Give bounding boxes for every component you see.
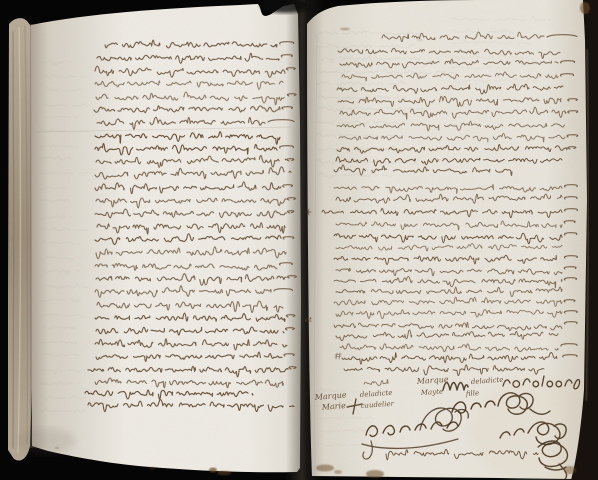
stain (564, 466, 576, 474)
stain (55, 447, 59, 449)
stain (366, 470, 384, 478)
marginal-word: fille (465, 389, 480, 398)
marginal-word: et (305, 316, 313, 324)
stain (334, 470, 342, 474)
marginal-word: Mayte (420, 387, 444, 397)
manuscript-svg: MarqueMariedeladictecaudelierMarqueMayte… (0, 0, 598, 480)
stain (580, 2, 590, 14)
manuscript-scan: MarqueMariedeladictecaudelierMarqueMayte… (0, 0, 598, 480)
stain (340, 28, 350, 31)
book: MarqueMariedeladictecaudelierMarqueMayte… (8, 0, 598, 480)
stain (209, 468, 217, 473)
edge-stack-striation-dark (13, 32, 14, 448)
stain (417, 39, 423, 42)
left-page-corner-shade (16, 428, 76, 454)
stain (217, 471, 231, 476)
stain (149, 467, 155, 470)
stain (316, 465, 334, 472)
